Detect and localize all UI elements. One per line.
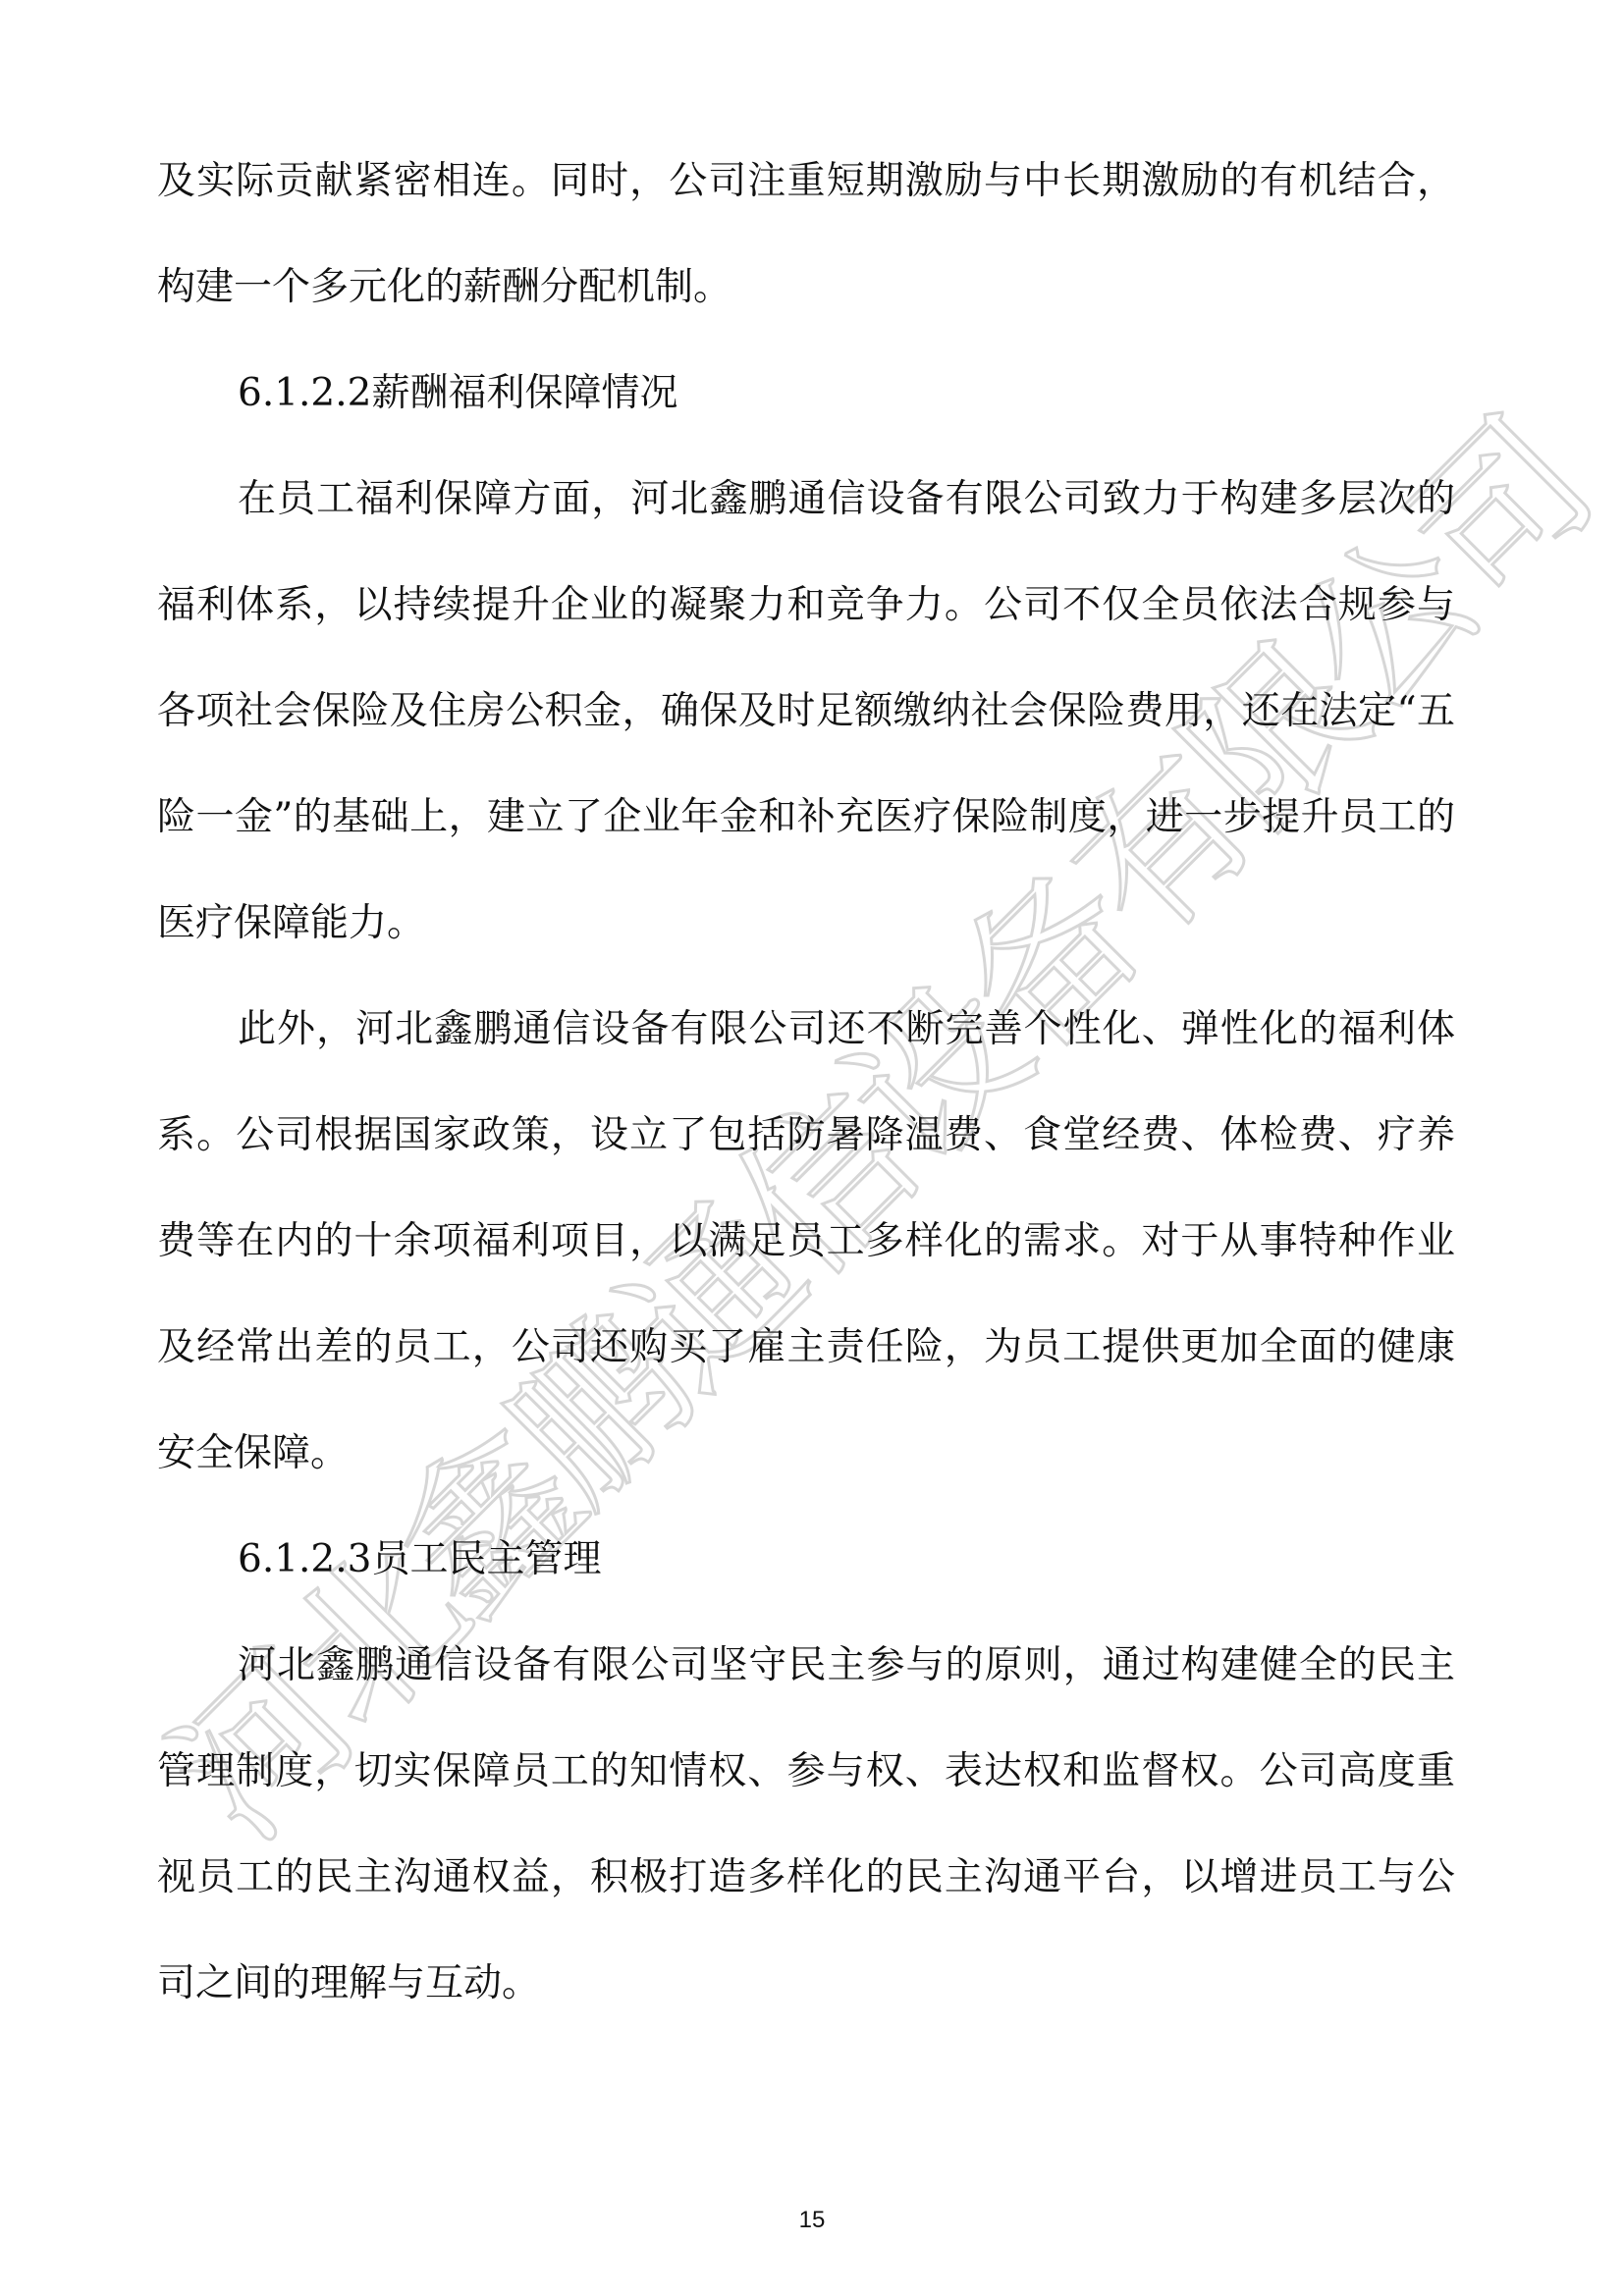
page-number: 15	[0, 2207, 1624, 2234]
document-page: 河北鑫鹏通信设备有限公司 及实际贡献紧密相连。同时，公司注重短期激励与中长期激励…	[0, 0, 1624, 2296]
section-heading-6-1-2-3: 6.1.2.3员工民主管理	[157, 1507, 1455, 1613]
page-body: 及实际贡献紧密相连。同时，公司注重短期激励与中长期激励的有机结合，构建一个多元化…	[157, 129, 1455, 2037]
paragraph-welfare-system: 在员工福利保障方面，河北鑫鹏通信设备有限公司致力于构建多层次的福利体系，以持续提…	[157, 447, 1455, 977]
section-heading-6-1-2-2: 6.1.2.2薪酬福利保障情况	[157, 341, 1455, 447]
paragraph-democratic-management: 河北鑫鹏通信设备有限公司坚守民主参与的原则，通过构建健全的民主管理制度，切实保障…	[157, 1613, 1455, 2037]
paragraph-continuation: 及实际贡献紧密相连。同时，公司注重短期激励与中长期激励的有机结合，构建一个多元化…	[157, 129, 1455, 341]
paragraph-flexible-benefits: 此外，河北鑫鹏通信设备有限公司还不断完善个性化、弹性化的福利体系。公司根据国家政…	[157, 977, 1455, 1507]
